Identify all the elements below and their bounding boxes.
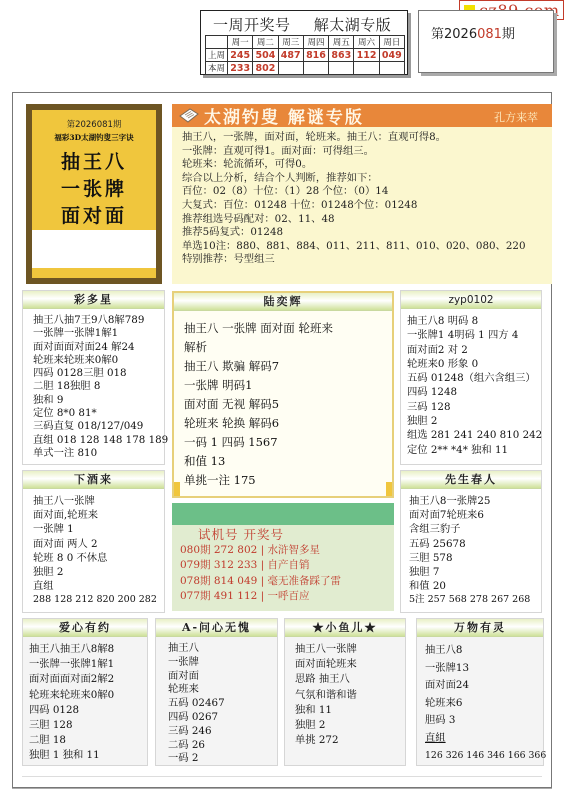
header-wed: 周三 (278, 36, 303, 49)
draw-value: 049 (379, 49, 404, 62)
panel-line: 轮班来 轮换 解码6 (184, 414, 392, 433)
panel-line: 轮班来轮班来0解0 (33, 354, 164, 367)
panel-line: 抽王八抽王八8解8 (29, 642, 147, 657)
panel-line: 抽王八8一张牌25 (409, 494, 541, 508)
panel-line: 126 326 146 346 166 366 (425, 747, 543, 765)
panel-line: 单挑 272 (295, 733, 405, 748)
panel-line: 抽王八8 (425, 642, 543, 660)
panel-line: 独胆 1 独和 11 (29, 748, 147, 763)
trial-header-bar (172, 503, 394, 525)
draw-value (354, 62, 379, 75)
article-line: 抽王八，一张牌，面对面，轮班来。抽王八：直观可得8。 (182, 131, 552, 145)
draw-title-sub: 解太湖专版 (314, 16, 392, 34)
panel-line: 单挑一注 175 (184, 471, 392, 490)
issue-suffix: 期 (502, 27, 515, 42)
poem-card-inner: 第2026081期 福彩3D太湖钓叟三字诀 抽王八 一张牌 面对面 轮班来 (32, 110, 156, 278)
panel-line: 独胆 2 (33, 565, 164, 579)
panel-line: 面对面面对面24 解24 (33, 341, 164, 354)
draw-value: 504 (253, 49, 278, 62)
panel-line: 一张牌 (168, 656, 277, 670)
draw-title-main: 一周开奖号 (213, 16, 291, 34)
draw-value (303, 62, 328, 75)
decor-bar-left (174, 482, 180, 496)
draw-value (379, 62, 404, 75)
panel-title: 万物有灵 (417, 619, 543, 637)
panel-line: 独和 11 (295, 703, 405, 718)
panel-line: 单式一注 810 (33, 447, 164, 460)
panel-line: 定位 2** *4* 独和 11 (407, 443, 541, 457)
article-line: 一张牌：直观可得1。面对面：可得组三。 (182, 145, 552, 159)
poem-card: 第2026081期 福彩3D太湖钓叟三字诀 抽王八 一张牌 面对面 轮班来 (26, 104, 162, 284)
panel-line: 五码 01248（组六含组三） (407, 371, 541, 385)
draw-table-header: 周一 周二 周三 周四 周五 周六 周日 (206, 36, 405, 49)
panel-body: 抽王八一张牌 面对面轮班来 思路 抽王八 气氛和谐和谐 独和 11 独胆 2 单… (285, 637, 405, 748)
panel-line: 直组 018 128 148 178 189 (33, 434, 164, 447)
panel-xianshengchunren: 先生春人 抽王八8一张牌25 面对面7轮班来6 含组三豹子 五码 25678 三… (400, 470, 542, 613)
panel-body: 抽王八一张牌 面对面,轮班来 一张牌 1 面对面 两人 2 轮班 8 0 不休息… (23, 489, 164, 608)
corner-cell (206, 36, 228, 49)
panel-title: ★小鱼儿★ (285, 619, 405, 637)
panel-body: 抽王八8 明码 8 一张牌1 4明码 1 四方 4 面对面2 对 2 轮班来0 … (401, 309, 541, 457)
article-line: 推荐组选号码配对：02、11、48 (182, 213, 552, 227)
panel-line: 面对面,轮班来 (33, 508, 164, 522)
panel-line: 独和 9 (33, 394, 164, 407)
issue-number: 第2026081期 (431, 23, 515, 42)
article-line: 特别推荐：号型组三 (182, 253, 552, 267)
panel-line: 二胆 18独胆 8 (33, 380, 164, 393)
panel-line: 面对面 两人 2 (33, 537, 164, 551)
panel-line: 直组 (33, 579, 164, 593)
trial-row: 078期 814 049 | 毫无准备踩了雷 (180, 574, 394, 590)
header-tue: 周二 (253, 36, 278, 49)
panel-line: 一张牌13 (425, 660, 543, 678)
panel-line: 轮班 8 0 不休息 (33, 551, 164, 565)
panel-line: 一张牌一张牌1解1 (33, 327, 164, 340)
panel-line: 一张牌一张牌1解1 (29, 657, 147, 672)
panel-line: 轮班来0 形象 0 (407, 357, 541, 371)
poem-issue: 第2026081期 (32, 110, 156, 130)
article-line: 综合以上分析，结合个人判断，推荐如下： (182, 172, 552, 186)
panel-xiajiulai: 下酒来 抽王八一张牌 面对面,轮班来 一张牌 1 面对面 两人 2 轮班 8 0… (22, 470, 165, 613)
panel-line: 含组三豹子 (409, 522, 541, 536)
weekly-draw-table: 周一 周二 周三 周四 周五 周六 周日 上周 245 504 487 816 … (205, 35, 405, 75)
panel-line: 抽王八抽7王9八8解789 (33, 314, 164, 327)
panel-line: 三码直复 018/127/049 (33, 420, 164, 433)
panel-line: 五码 02467 (168, 697, 277, 711)
panel-line: 抽王八一张牌 (33, 494, 164, 508)
panel-line: 一码 1 四码 1567 (184, 433, 392, 452)
article-author: 孔方来萃 (494, 109, 538, 125)
panel-line: 胆码 3 (425, 712, 543, 730)
panel-line: 气氛和谐和谐 (295, 688, 405, 703)
book-icon (178, 108, 200, 123)
panel-body: 抽王八抽7王9八8解789 一张牌一张牌1解1 面对面面对面24 解24 轮班来… (23, 309, 164, 460)
article-line: 单选10注：880、881、884、011、211、811、010、020、08… (182, 240, 552, 254)
article-body: 抽王八，一张牌，面对面，轮班来。抽王八：直观可得8。 一张牌：直观可得1。面对面… (172, 127, 552, 267)
panel-line: 轮班来6 (425, 695, 543, 713)
panel-line: 抽王八一张牌 (295, 642, 405, 657)
panel-line: 抽王八 (168, 642, 277, 656)
article-line: 百位：02（8）十位：（1）28 个位：（0）14 (182, 185, 552, 199)
issue-prefix: 第2026 (431, 27, 477, 42)
panel-line: 三码 128 (407, 400, 541, 414)
draw-value: 233 (228, 62, 253, 75)
draw-value (278, 62, 303, 75)
trial-row: 079期 312 233 | 自产自销 (180, 558, 394, 574)
panel-line: 直組 (425, 730, 543, 748)
row-label: 本周 (206, 62, 228, 75)
panel-title: 先生春人 (401, 471, 541, 489)
draw-value (329, 62, 354, 75)
panel-line: 四码 0128 (29, 703, 147, 718)
header-fri: 周五 (329, 36, 354, 49)
poem-subtitle: 福彩3D太湖钓叟三字诀 (32, 132, 156, 143)
panel-body: 抽王八8 一张牌13 面对面24 轮班来6 胆码 3 直組 126 326 14… (417, 637, 543, 765)
panel-line: 和值 20 (409, 579, 541, 593)
article-line: 大复式：百位：01248 十位：01248个位：01248 (182, 199, 552, 213)
panel-line: 独胆 2 (295, 718, 405, 733)
weekly-draw-title: 一周开奖号 解太湖专版 (213, 14, 409, 35)
frame-divider (22, 776, 542, 777)
draw-row-last-week: 上周 245 504 487 816 863 112 049 (206, 49, 405, 62)
panel-line: 288 128 212 820 200 282 (33, 593, 164, 607)
panel-line: 三胆 128 (29, 718, 147, 733)
draw-value: 816 (303, 49, 328, 62)
poem-line: 面对面 (32, 203, 156, 230)
draw-value: 112 (354, 49, 379, 62)
draw-value: 802 (253, 62, 278, 75)
draw-value: 863 (329, 49, 354, 62)
panel-line: 5注 257 568 278 267 268 (409, 593, 541, 607)
draw-value: 487 (278, 49, 303, 62)
panel-line: 和值 13 (184, 452, 392, 471)
panel-line: 思路 抽王八 (295, 672, 405, 687)
panel-line: 面对面7轮班来6 (409, 508, 541, 522)
trial-row: 080期 272 802 | 水浒智多星 (180, 543, 394, 559)
panel-line: 四码 1248 (407, 385, 541, 399)
header-sun: 周日 (379, 36, 404, 49)
panel-line: 一张牌 1 (33, 522, 164, 536)
panel-line: 五码 25678 (409, 537, 541, 551)
panel-title: zyp0102 (401, 291, 541, 309)
panel-line: 四码 0128三胆 018 (33, 367, 164, 380)
panel-line: 独胆 7 (409, 565, 541, 579)
trial-number-panel: 试机号 开奖号 080期 272 802 | 水浒智多星 079期 312 23… (172, 503, 394, 611)
panel-line: 一张牌 明码1 (184, 376, 392, 395)
panel-line: 面对面面对面2解2 (29, 672, 147, 687)
panel-title: 陆奕辉 (174, 293, 392, 311)
panel-line: 一码 2 (168, 752, 277, 766)
poem-blank-area (32, 230, 156, 268)
draw-value: 245 (228, 49, 253, 62)
panel-line: 二胆 18 (29, 733, 147, 748)
panel-zyp0102: zyp0102 抽王八8 明码 8 一张牌1 4明码 1 四方 4 面对面2 对… (400, 290, 542, 465)
panel-line: 三码 246 (168, 725, 277, 739)
article-panel: 太湖钓叟 解谜专版 孔方来萃 抽王八，一张牌，面对面，轮班来。抽王八：直观可得8… (172, 104, 552, 284)
panel-axinwukui: A-问心无愧 抽王八 一张牌 面对面 轮班来 五码 02467 四码 0267 … (155, 618, 278, 766)
panel-line: 独胆 2 (407, 414, 541, 428)
panel-line: 一张牌1 4明码 1 四方 4 (407, 328, 541, 342)
trial-body: 试机号 开奖号 080期 272 802 | 水浒智多星 079期 312 23… (172, 525, 394, 605)
panel-aixinyuyou: 爱心有约 抽王八抽王八8解8 一张牌一张牌1解1 面对面面对面2解2 轮班来轮班… (22, 618, 148, 766)
draw-row-this-week: 本周 233 802 (206, 62, 405, 75)
panel-line: 面对面 无视 解码5 (184, 395, 392, 414)
weekly-draw-box: 一周开奖号 解太湖专版 周一 周二 周三 周四 周五 周六 周日 上周 245 … (200, 10, 408, 75)
panel-line: 抽王八8 明码 8 (407, 314, 541, 328)
panel-line: 三胆 578 (409, 551, 541, 565)
panel-line: 定位 8*0 81* (33, 407, 164, 420)
issue-highlight: 081 (477, 27, 502, 42)
trial-row: 077期 491 112 | 一呼百应 (180, 589, 394, 605)
row-label: 上周 (206, 49, 228, 62)
panel-body: 抽王八 一张牌 面对面 轮班来 解析 抽王八 欺骗 解码7 一张牌 明码1 面对… (174, 311, 392, 490)
panel-luyihui: 陆奕辉 抽王八 一张牌 面对面 轮班来 解析 抽王八 欺骗 解码7 一张牌 明码… (172, 291, 394, 498)
panel-title: 下酒来 (23, 471, 164, 489)
poem-line: 抽王八 (32, 149, 156, 176)
panel-line: 轮班来 (168, 683, 277, 697)
panel-caiduoxing: 彩多星 抽王八抽7王9八8解789 一张牌一张牌1解1 面对面面对面24 解24… (22, 290, 165, 465)
header-sat: 周六 (354, 36, 379, 49)
panel-title: A-问心无愧 (156, 619, 277, 637)
article-line: 推荐5码复式：01248 (182, 226, 552, 240)
article-header: 太湖钓叟 解谜专版 孔方来萃 (172, 104, 552, 127)
issue-number-box: 第2026081期 (418, 10, 554, 73)
poem-line: 一张牌 (32, 176, 156, 203)
panel-body: 抽王八抽王八8解8 一张牌一张牌1解1 面对面面对面2解2 轮班来轮班来0解0 … (23, 637, 147, 764)
panel-line: 轮班来轮班来0解0 (29, 688, 147, 703)
header-mon: 周一 (228, 36, 253, 49)
panel-line: 抽王八 欺骗 解码7 (184, 357, 392, 376)
panel-wanwuyouling: 万物有灵 抽王八8 一张牌13 面对面24 轮班来6 胆码 3 直組 126 3… (416, 618, 544, 766)
panel-title: 彩多星 (23, 291, 164, 309)
panel-body: 抽王八8一张牌25 面对面7轮班来6 含组三豹子 五码 25678 三胆 578… (401, 489, 541, 608)
panel-line: 面对面2 对 2 (407, 343, 541, 357)
trial-title: 试机号 开奖号 (180, 527, 394, 543)
panel-line: 面对面24 (425, 677, 543, 695)
panel-xiaoyuer: ★小鱼儿★ 抽王八一张牌 面对面轮班来 思路 抽王八 气氛和谐和谐 独和 11 … (284, 618, 406, 766)
panel-body: 抽王八 一张牌 面对面 轮班来 五码 02467 四码 0267 三码 246 … (156, 637, 277, 766)
panel-line: 抽王八 一张牌 面对面 轮班来 (184, 319, 392, 338)
panel-title: 爱心有约 (23, 619, 147, 637)
article-line: 轮班来：轮流循环，可得0。 (182, 158, 552, 172)
panel-line: 面对面 (168, 670, 277, 684)
header-thu: 周四 (303, 36, 328, 49)
panel-line: 二码 26 (168, 739, 277, 753)
panel-line: 解析 (184, 338, 392, 357)
panel-line: 四码 0267 (168, 711, 277, 725)
article-title: 太湖钓叟 解谜专版 (204, 103, 364, 128)
panel-line: 面对面轮班来 (295, 657, 405, 672)
decor-bar-right (386, 482, 392, 496)
panel-line: 组选 281 241 240 810 242 (407, 428, 541, 442)
